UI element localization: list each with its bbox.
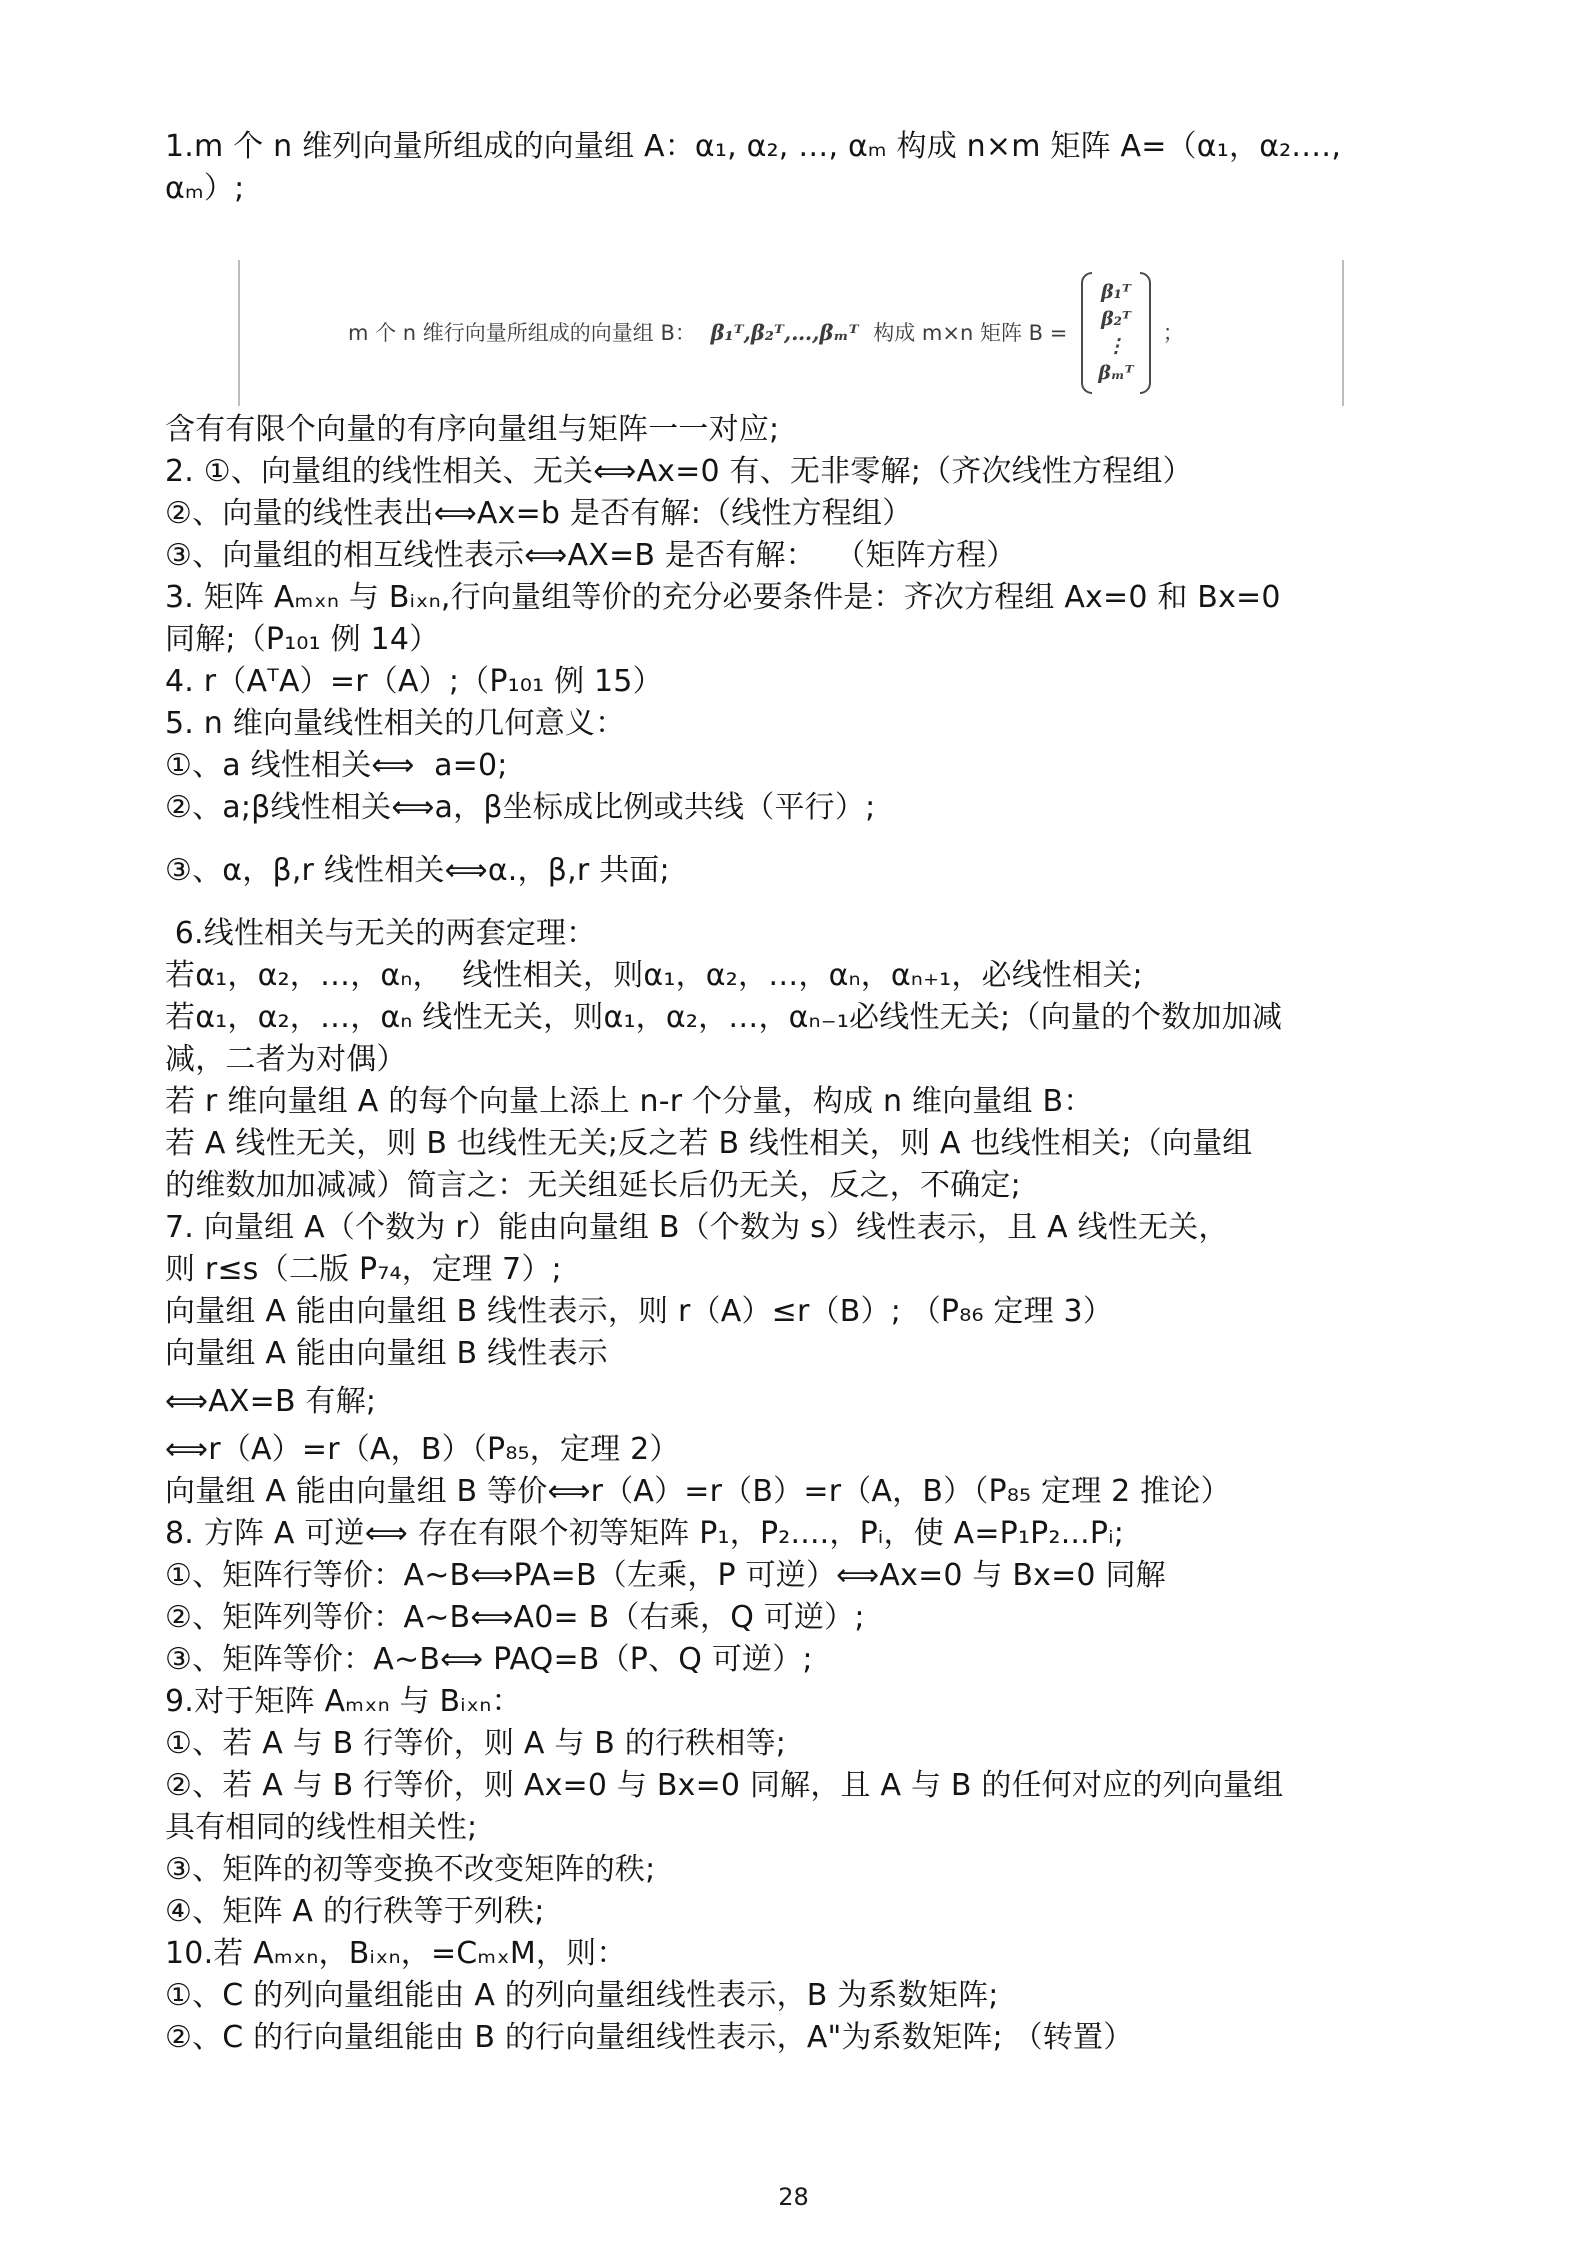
text-line: 2. ①、向量组的线性相关、无关⟺Ax=0 有、无非零解;（齐次线性方程组） (165, 451, 1443, 493)
document-page: 1.m 个 n 维列向量所组成的向量组 A：α₁, α₂, …, αₘ 构成 n… (0, 0, 1587, 2245)
formula-middle: 构成 m×n 矩阵 B = (867, 321, 1068, 345)
matrix-row: ⋮ (1107, 333, 1126, 360)
text-line: 向量组 A 能由向量组 B 线性表示 (165, 1333, 1443, 1375)
column-matrix: β₁ᵀ β₂ᵀ ⋮ βₘᵀ (1081, 272, 1150, 394)
text-line: ②、a;β线性相关⟺a，β坐标成比例或共线（平行）; (165, 787, 1443, 829)
text-line: 4. r（AᵀA）=r（A）;（P₁₀₁ 例 15） (165, 661, 1443, 703)
text-line: 9.对于矩阵 Aₘₓₙ 与 Bᵢₓₙ： (165, 1681, 1443, 1723)
text-line: ⟺r（A）=r（A，B）（P₈₅，定理 2） (165, 1429, 1443, 1471)
left-paren-icon (1081, 272, 1092, 394)
text-line: 10.若 Aₘₓₙ，Bᵢₓₙ，=CₘₓM，则： (165, 1933, 1443, 1975)
text-line: 8. 方阵 A 可逆⟺ 存在有限个初等矩阵 P₁，P₂....，Pᵢ，使 A=P… (165, 1513, 1443, 1555)
text-line: ④、矩阵 A 的行秩等于列秩; (165, 1891, 1443, 1933)
formula-prefix: m 个 n 维行向量所组成的向量组 B： (348, 321, 703, 345)
text-line: 减，二者为对偶） (165, 1039, 1443, 1081)
text-line: ①、矩阵行等价：A~B⟺PA=B（左乘，P 可逆）⟺Ax=0 与 Bx=0 同解 (165, 1555, 1443, 1597)
matrix-row: β₁ᵀ (1101, 279, 1131, 306)
text-line: ③、向量组的相互线性表示⟺AX=B 是否有解： （矩阵方程） (165, 535, 1443, 577)
text-line: 7. 向量组 A（个数为 r）能由向量组 B（个数为 s）线性表示，且 A 线性… (165, 1207, 1443, 1249)
notes-content: 1.m 个 n 维列向量所组成的向量组 A：α₁, α₂, …, αₘ 构成 n… (165, 126, 1443, 2059)
text-line: ①、C 的列向量组能由 A 的列向量组线性表示，B 为系数矩阵; (165, 1975, 1443, 2017)
text-line: ①、a 线性相关⟺ a=0; (165, 745, 1443, 787)
text-line: ②、若 A 与 B 行等价，则 Ax=0 与 Bx=0 同解，且 A 与 B 的… (165, 1765, 1443, 1807)
text-line: 3. 矩阵 Aₘₓₙ 与 Bᵢₓₙ,行向量组等价的充分必要条件是：齐次方程组 A… (165, 577, 1443, 619)
text-line: ②、C 的行向量组能由 B 的行向量组线性表示，A"为系数矩阵; （转置） (165, 2017, 1443, 2059)
text-line: αₘ）; (165, 168, 1443, 210)
text-line: 同解;（P₁₀₁ 例 14） (165, 619, 1443, 661)
text-line: 则 r≤s（二版 P₇₄，定理 7）; (165, 1249, 1443, 1291)
text-line: ⟺AX=B 有解; (165, 1381, 1443, 1423)
matrix-row: β₂ᵀ (1101, 306, 1131, 333)
text-line: 含有有限个向量的有序向量组与矩阵一一对应; (165, 409, 1443, 451)
page-number: 28 (0, 2183, 1587, 2211)
text-line: ③、矩阵的初等变换不改变矩阵的秩; (165, 1849, 1443, 1891)
formula-vectors: β₁ᵀ,β₂ᵀ,…,βₘᵀ (711, 321, 859, 345)
text-line: 向量组 A 能由向量组 B 线性表示，则 r（A）≤r（B）; （P₈₆ 定理 … (165, 1291, 1443, 1333)
text-line: 若α₁，α₂，…，αₙ， 线性相关，则α₁，α₂，…，αₙ，αₙ₊₁，必线性相关… (165, 955, 1443, 997)
text-line: 若α₁，α₂，…，αₙ 线性无关，则α₁，α₂，…，αₙ₋₁必线性无关;（向量的… (165, 997, 1443, 1039)
text-line: 的维数加加减减）简言之：无关组延长后仍无关，反之，不确定; (165, 1165, 1443, 1207)
matrix-rows: β₁ᵀ β₂ᵀ ⋮ βₘᵀ (1092, 279, 1139, 387)
text-line: ③、α，β,r 线性相关⟺α.，β,r 共面; (165, 850, 1443, 892)
text-line: ②、矩阵列等价：A∼B⟺A0= B（右乘，Q 可逆）; (165, 1597, 1443, 1639)
text-line: 6.线性相关与无关的两套定理： (165, 913, 1443, 955)
text-line: 若 A 线性无关，则 B 也线性无关;反之若 B 线性相关，则 A 也线性相关;… (165, 1123, 1443, 1165)
text-line: ①、若 A 与 B 行等价，则 A 与 B 的行秩相等; (165, 1723, 1443, 1765)
text-line: ②、向量的线性表出⟺Ax=b 是否有解:（线性方程组） (165, 493, 1443, 535)
text-line: 向量组 A 能由向量组 B 等价⟺r（A）=r（B）=r（A，B）（P₈₅ 定理… (165, 1471, 1443, 1513)
matrix-row: βₘᵀ (1098, 360, 1133, 387)
matrix-formula-image: m 个 n 维行向量所组成的向量组 B： β₁ᵀ,β₂ᵀ,…,βₘᵀ 构成 m×… (238, 260, 1344, 406)
text-line: 1.m 个 n 维列向量所组成的向量组 A：α₁, α₂, …, αₘ 构成 n… (165, 126, 1443, 168)
formula-suffix: ； (1163, 321, 1184, 345)
right-paren-icon (1140, 272, 1151, 394)
text-line: 5. n 维向量线性相关的几何意义： (165, 703, 1443, 745)
text-line: 具有相同的线性相关性; (165, 1807, 1443, 1849)
text-line: 若 r 维向量组 A 的每个向量上添上 n-r 个分量，构成 n 维向量组 B： (165, 1081, 1443, 1123)
text-line: ③、矩阵等价：A∼B⟺ PAQ=B（P、Q 可逆）; (165, 1639, 1443, 1681)
